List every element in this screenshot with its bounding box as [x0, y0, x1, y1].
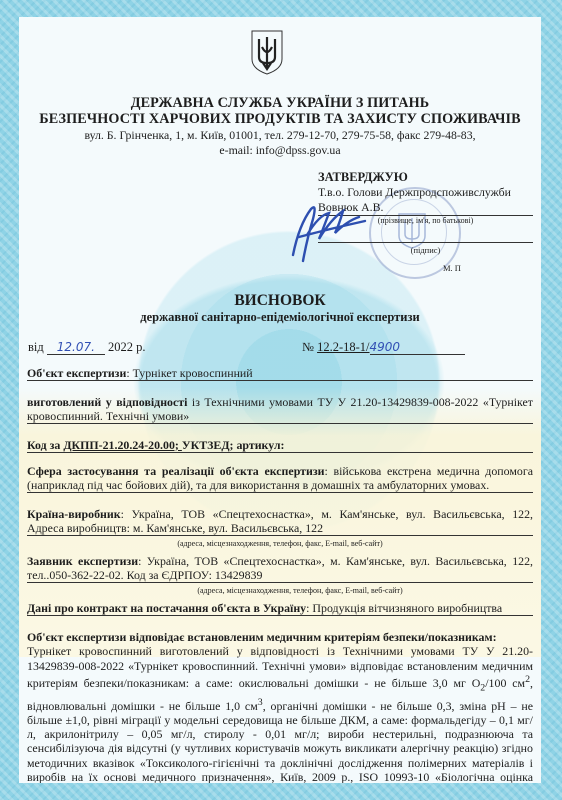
- org-name-line2: БЕЗПЕЧНОСТІ ХАРЧОВИХ ПРОДУКТІВ ТА ЗАХИСТ…: [19, 111, 541, 128]
- criteria-label: Об'єкт експертизи відповідає встановлени…: [27, 630, 497, 644]
- field-applicant: Заявник експертизи: Україна, ТОВ «Спецте…: [27, 554, 533, 583]
- object-label: Об'єкт експертизи: [27, 366, 126, 380]
- made-label: виготовлений у відповідності: [27, 395, 187, 409]
- code-dkpp: ДКПП-21.20.24-20.00;: [63, 438, 182, 452]
- field-manufactured: виготовлений у відповідності із Технічни…: [27, 395, 533, 424]
- field-scope: Сфера застосування та реалізації об'єкта…: [27, 464, 533, 493]
- number-prefix: №: [302, 340, 314, 354]
- number-handwritten: 4900: [370, 340, 465, 355]
- code-prefix: Код за: [27, 438, 63, 452]
- criteria-text-part: /100 см: [485, 676, 525, 690]
- criteria-text: Турнікет кровоспинний виготовлений у від…: [27, 644, 533, 783]
- applicant-label: Заявник експертизи: [27, 554, 138, 568]
- org-email: e-mail: info@dpss.gov.ua: [19, 143, 541, 158]
- org-address: вул. Б. Грінченка, 1, м. Київ, 01001, те…: [19, 128, 541, 143]
- field-criteria: Об'єкт експертизи відповідає встановлени…: [27, 630, 533, 783]
- number-code: 12.2-18-1/: [317, 340, 369, 354]
- approval-title: ЗАТВЕРДЖУЮ: [318, 170, 533, 185]
- trident-emblem-icon: [250, 29, 284, 75]
- contract-label: Дані про контракт на постачання об'єкта …: [27, 601, 306, 615]
- field-object: Об'єкт експертизи: Турнікет кровоспинний: [27, 366, 533, 381]
- code-suffix: УКТЗЕД; артикул:: [182, 438, 285, 452]
- org-name-line1: ДЕРЖАВНА СЛУЖБА УКРАЇНИ З ПИТАНЬ: [19, 95, 541, 112]
- date-year: 2022 р.: [108, 340, 146, 354]
- certificate-sheet: ДЕРЖАВНА СЛУЖБА УКРАЇНИ З ПИТАНЬ БЕЗПЕЧН…: [19, 17, 541, 783]
- applicant-caption: (адреса, місцезнаходження, телефон, факс…: [27, 586, 533, 595]
- document-subtitle: державної санітарно-епідеміологічної екс…: [19, 310, 541, 325]
- field-contract: Дані про контракт на постачання об'єкта …: [27, 601, 533, 616]
- country-caption: (адреса, місцезнаходження, телефон, факс…: [27, 539, 533, 548]
- field-code: Код за ДКПП-21.20.24-20.00; УКТЗЕД; арти…: [27, 438, 533, 453]
- document-title: ВИСНОВОК: [19, 292, 541, 310]
- seal-mark: М. П: [443, 263, 461, 273]
- document-number: № 12.2-18-1/4900: [302, 340, 465, 355]
- date-prefix: від: [28, 340, 44, 354]
- contract-value: : Продукція вітчизняного виробництва: [306, 601, 502, 615]
- object-value: : Турнікет кровоспинний: [126, 366, 252, 380]
- handwritten-signature-icon: [289, 195, 369, 265]
- document-date: від 12.07. 2022 р.: [28, 340, 146, 355]
- field-country: Країна-виробник: Україна, ТОВ «Спецтехос…: [27, 507, 533, 536]
- date-handwritten: 12.07.: [47, 340, 105, 355]
- scope-label: Сфера застосування та реалізації об'єкта…: [27, 464, 324, 478]
- country-label: Країна-виробник: [27, 507, 121, 521]
- criteria-text-part: Турнікет кровоспинний виготовлений у від…: [27, 644, 533, 690]
